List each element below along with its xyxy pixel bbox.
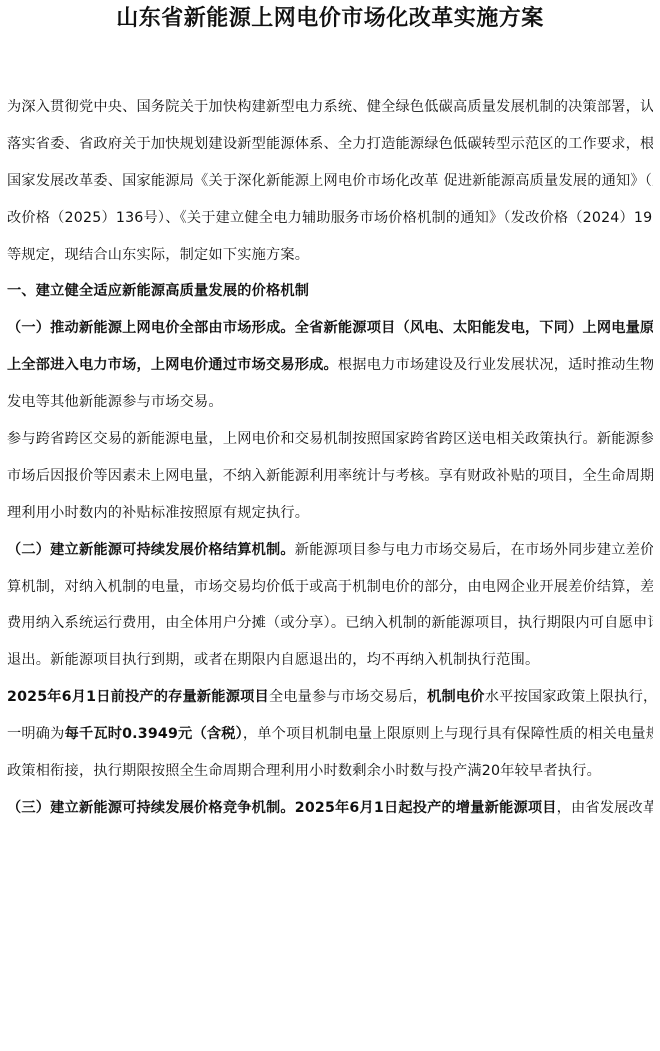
text-run: 发电等其他新能源参与市场交易。 (7, 394, 223, 410)
text-line: 一明确为每千瓦时0.3949元（含税），单个项目机制电量上限原则上与现行具有保障… (7, 720, 653, 757)
text-line: 2025年6月1日前投产的存量新能源项目全电量参与市场交易后，机制电价水平按国家… (7, 683, 653, 720)
bold-text-run: （三）建立新能源可持续发展价格竞争机制。2025年6月1日起投产的增量新能源项目 (7, 800, 557, 816)
bold-text-run: （一）推动新能源上网电价全部由市场形成。全省新能源项目（风电、太阳能发电，下同）… (7, 320, 653, 336)
text-line: 上全部进入电力市场，上网电价通过市场交易形成。根据电力市场建设及行业发展状况，适… (7, 351, 653, 388)
text-line: 等规定，现结合山东实际，制定如下实施方案。 (7, 241, 653, 278)
bold-text-run: 每千瓦时0.3949元（含税） (65, 726, 243, 742)
text-run: 理利用小时数内的补贴标准按照原有规定执行。 (7, 505, 309, 521)
text-line: （二）建立新能源可持续发展价格结算机制。新能源项目参与电力市场交易后，在市场外同… (7, 536, 653, 573)
text-line: 国家发展改革委、国家能源局《关于深化新能源上网电价市场化改革 促进新能源高质量发… (7, 167, 653, 204)
text-run: 政策相衔接，执行期限按照全生命周期合理利用小时数剩余小时数与投产满20年较早者执… (7, 763, 601, 779)
bold-text-run: 上全部进入电力市场，上网电价通过市场交易形成。 (7, 357, 338, 373)
text-run: 算机制，对纳入机制的电量，市场交易均价低于或高于机制电价的部分，由电网企业开展差… (7, 579, 653, 595)
text-run: 落实省委、省政府关于加快规划建设新型能源体系、全力打造能源绿色低碳转型示范区的工… (7, 136, 653, 152)
text-line: 费用纳入系统运行费用，由全体用户分摊（或分享）。已纳入机制的新能源项目，执行期限… (7, 609, 653, 646)
text-run: 水平按国家政策上限执行，统 (485, 689, 653, 705)
text-run: 一明确为 (7, 726, 65, 742)
text-run: 为深入贯彻党中央、国务院关于加快构建新型电力系统、健全绿色低碳高质量发展机制的决… (7, 99, 653, 115)
text-line: 理利用小时数内的补贴标准按照原有规定执行。 (7, 499, 653, 536)
text-run: 参与跨省跨区交易的新能源电量，上网电价和交易机制按照国家跨省跨区送电相关政策执行… (7, 431, 653, 447)
text-run: 国家发展改革委、国家能源局《关于深化新能源上网电价市场化改革 促进新能源高质量发… (7, 173, 653, 189)
text-run: 费用纳入系统运行费用，由全体用户分摊（或分享）。已纳入机制的新能源项目，执行期限… (7, 615, 653, 631)
document-body: 为深入贯彻党中央、国务院关于加快构建新型电力系统、健全绿色低碳高质量发展机制的决… (7, 93, 653, 831)
text-line: （三）建立新能源可持续发展价格竞争机制。2025年6月1日起投产的增量新能源项目… (7, 794, 653, 831)
text-run: 改价格（2025）136号）、《关于建立健全电力辅助服务市场价格机制的通知》（发… (7, 210, 653, 226)
text-run: ，单个项目机制电量上限原则上与现行具有保障性质的相关电量规模 (243, 726, 653, 742)
document-title: 山东省新能源上网电价市场化改革实施方案 (0, 4, 660, 32)
text-line: 算机制，对纳入机制的电量，市场交易均价低于或高于机制电价的部分，由电网企业开展差… (7, 573, 653, 610)
text-line: 落实省委、省政府关于加快规划建设新型能源体系、全力打造能源绿色低碳转型示范区的工… (7, 130, 653, 167)
text-run: 新能源项目参与电力市场交易后，在市场外同步建立差价结 (295, 542, 653, 558)
bold-text-run: 一、建立健全适应新能源高质量发展的价格机制 (7, 283, 309, 299)
text-line: （一）推动新能源上网电价全部由市场形成。全省新能源项目（风电、太阳能发电，下同）… (7, 314, 653, 351)
text-run: 全电量参与市场交易后， (269, 689, 427, 705)
text-run: 等规定，现结合山东实际，制定如下实施方案。 (7, 247, 309, 263)
text-line: 一、建立健全适应新能源高质量发展的价格机制 (7, 277, 653, 314)
text-run: 市场后因报价等因素未上网电量，不纳入新能源利用率统计与考核。享有财政补贴的项目，… (7, 468, 653, 484)
text-line: 政策相衔接，执行期限按照全生命周期合理利用小时数剩余小时数与投产满20年较早者执… (7, 757, 653, 794)
text-line: 市场后因报价等因素未上网电量，不纳入新能源利用率统计与考核。享有财政补贴的项目，… (7, 462, 653, 499)
text-run: 退出。新能源项目执行到期，或者在期限内自愿退出的，均不再纳入机制执行范围。 (7, 652, 539, 668)
text-line: 发电等其他新能源参与市场交易。 (7, 388, 653, 425)
text-line: 改价格（2025）136号）、《关于建立健全电力辅助服务市场价格机制的通知》（发… (7, 204, 653, 241)
text-line: 为深入贯彻党中央、国务院关于加快构建新型电力系统、健全绿色低碳高质量发展机制的决… (7, 93, 653, 130)
text-line: 参与跨省跨区交易的新能源电量，上网电价和交易机制按照国家跨省跨区送电相关政策执行… (7, 425, 653, 462)
text-run: 根据电力市场建设及行业发展状况，适时推动生物质 (338, 357, 653, 373)
bold-text-run: 机制电价 (427, 689, 485, 705)
bold-text-run: （二）建立新能源可持续发展价格结算机制。 (7, 542, 295, 558)
text-run: ，由省发展改革委 (557, 800, 653, 816)
bold-text-run: 2025年6月1日前投产的存量新能源项目 (7, 689, 269, 705)
text-line: 退出。新能源项目执行到期，或者在期限内自愿退出的，均不再纳入机制执行范围。 (7, 646, 653, 683)
